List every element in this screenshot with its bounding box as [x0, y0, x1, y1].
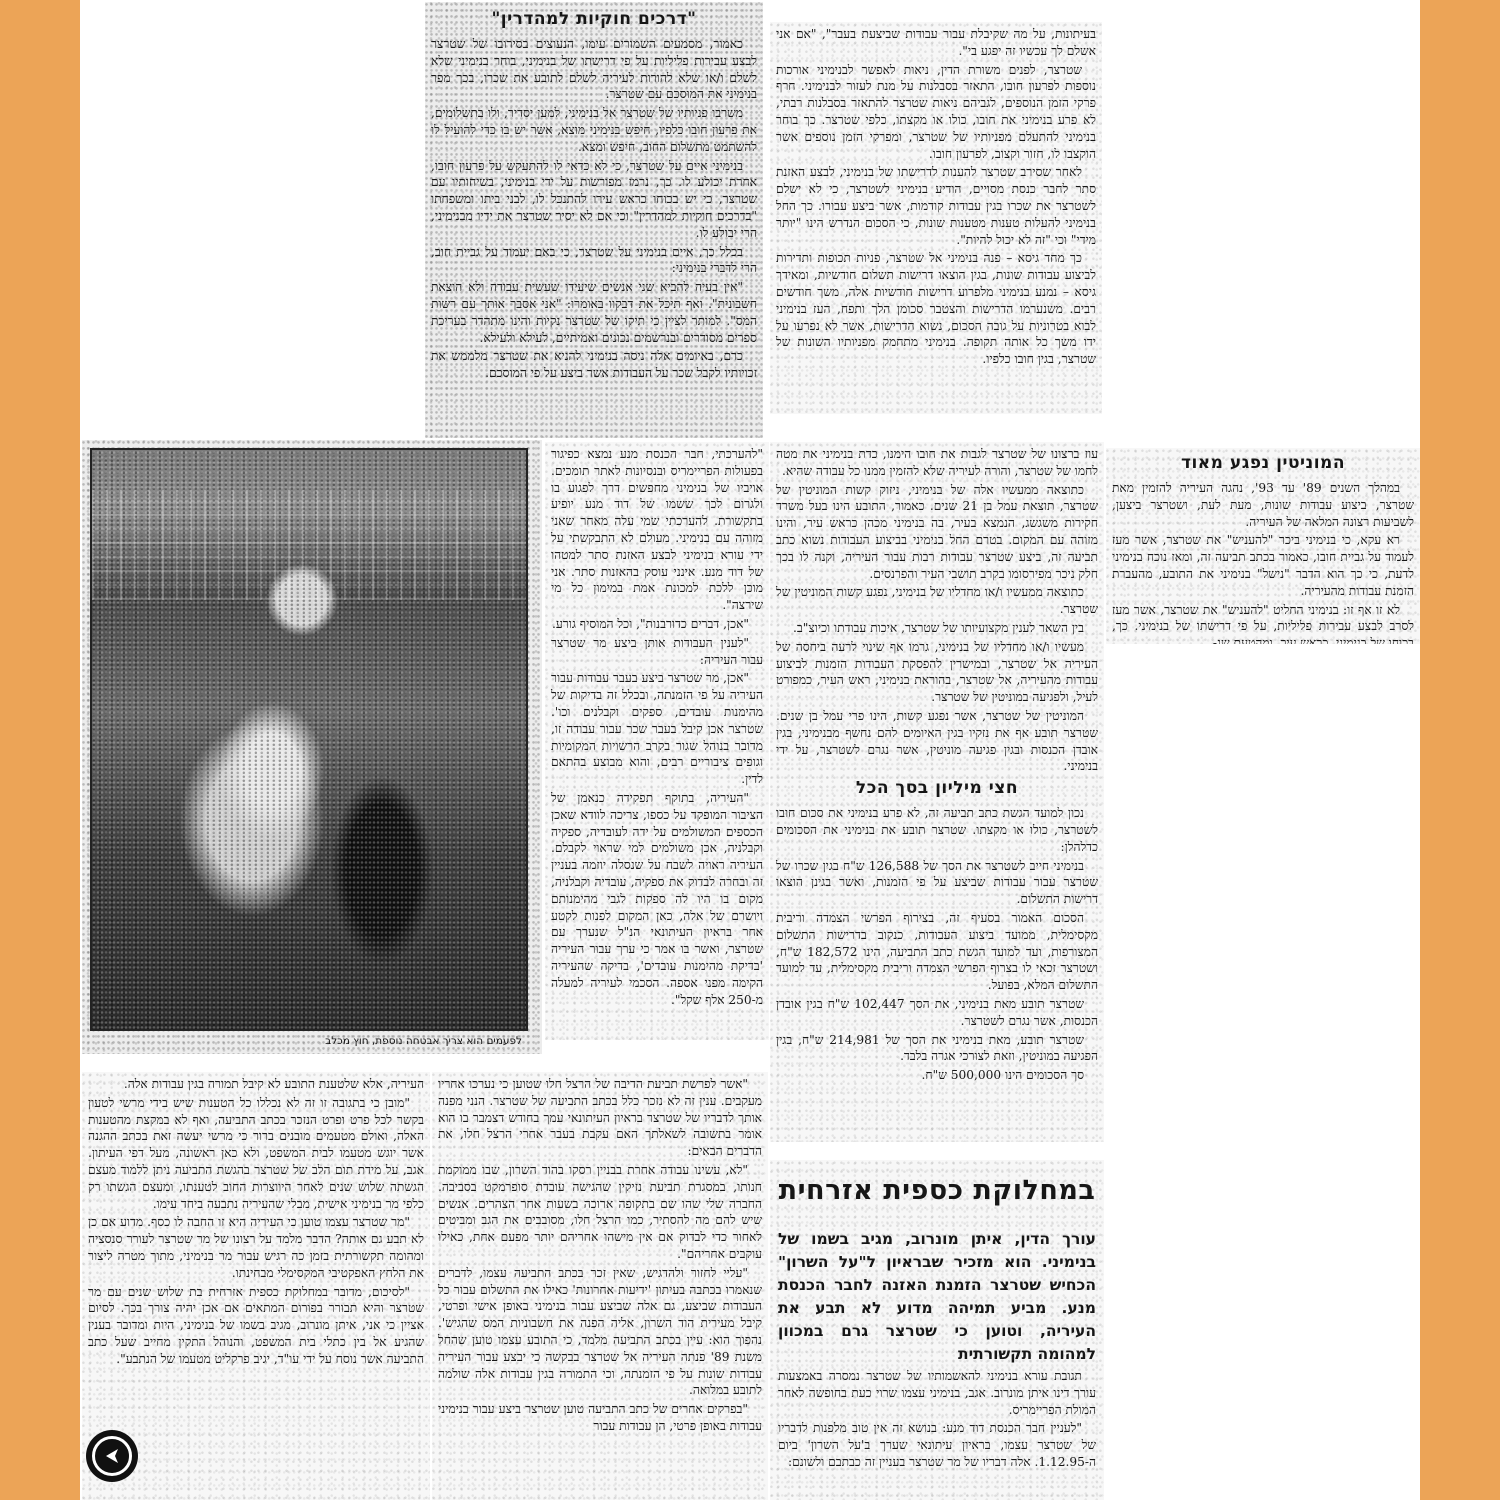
paragraph: לאחר שסירב שטרצר להענות לדרישתו של בנימי… [776, 164, 1096, 248]
paragraph: בין השאר לענין מקצועיותו של שטרצר, איכות… [776, 620, 1098, 637]
paragraph: משרבו פניותיו של שטרצר אל בנימיני, למען … [431, 105, 757, 155]
paragraph: בנימיני איים על שטרצר, כי לא כדאי לו להת… [431, 158, 757, 242]
paragraph: במהלך השנים 89' עד 93', נהגה העיריה להזמ… [1112, 480, 1414, 530]
paragraph: "אכן, דברים כדורבנות", וכל המוסיף גורע. [551, 616, 763, 633]
headline-legal-ways: "דרכים חוקיות למהדרין" [431, 8, 757, 30]
left-arrow-triangle-icon [102, 1446, 122, 1466]
paragraph: בכלל כך, איים בנימיני על שטרצר, כי באם י… [431, 244, 757, 278]
paragraph: סך הסכומים הינו 500,000 ש"ח. [776, 1067, 1098, 1084]
paragraph: "עליי לחזור ולהדגיש, שאין זכר בכתב התביע… [438, 1265, 762, 1399]
article-clip-bottom-middle: "אשר לפרשת תביעת הדיבה של הרצל חלו שטוען… [432, 1072, 768, 1500]
paragraph: "העיריה, בתוקף תפקידה כנאמן של הציבור המ… [551, 790, 763, 1008]
subhead-half-million: חצי מיליון בסך הכל [776, 777, 1098, 799]
paragraph: המוניטין של שטרצר, אשר נפגע קשות, הינו פ… [776, 708, 1098, 775]
back-button[interactable] [86, 1430, 138, 1482]
back-button-ring [92, 1436, 132, 1476]
paragraph: "לענין העבודות אותן ביצע מר שטרצר עבור ה… [551, 635, 763, 669]
paragraph: בנימיני חייב לשטרצר את הסך של 126,588 ש"… [776, 858, 1098, 908]
paragraph: "לסיכום, מדובר במחלוקת כספית אזרחית בת ש… [88, 1284, 424, 1368]
paragraph: כתוצאה ממעשיו אלה של בנימיני, ניזוק קשות… [776, 482, 1098, 583]
paragraph: "אין בעיה להביא שני אנשים שיעידו שעשית ע… [431, 279, 757, 346]
paragraph: "אשר לפרשת תביעת הדיבה של הרצל חלו שטוען… [438, 1076, 762, 1160]
article-clip-top-right: בעיתונות, על מה שקיבלת עבור עבודות שביצע… [770, 22, 1102, 414]
paragraph: "מובן כי בתגובה זו זה לא נכללו כל הטענות… [88, 1095, 424, 1213]
photo-grain [92, 450, 526, 1029]
paragraph: שטרצר, לפנים משורת הדין, ניאות לאפשר לבנ… [776, 62, 1096, 163]
headline-reputation-damaged: המוניטין נפגע מאוד [1112, 452, 1414, 474]
article-clip-bottom-left: העיריה, אלא שלטענת התובע לא קיבל תמורה ב… [82, 1072, 430, 1500]
paragraph: כאמור, מסמעים השמורים עימו, הנעוצים בסיר… [431, 36, 757, 103]
paragraph: עוז ברצונו של שטרצר לגבות את חובו הימנו,… [776, 446, 1098, 480]
paragraph: רא עקא, כי בנימיני ביכר "להעניש" את שטרצ… [1112, 532, 1414, 599]
paragraph: נכון למועד הגשת כתב תביעה זה, לא פרע בני… [776, 805, 1098, 855]
headline-civil-dispute: במחלוקת כספית אזרחית [778, 1174, 1096, 1208]
photo-caption: לפעמים הוא צריך אבטחה נוספת, חוץ מכלב [90, 1033, 528, 1049]
photo-man-with-dog [90, 448, 528, 1031]
paragraph: לא זו אף זו: בנימיני החליט "להעניש" את ש… [1112, 602, 1414, 644]
paragraph: תגובת עורא בנימיני להאשמותיו של שטרצר נמ… [778, 1368, 1096, 1418]
article-clip-far-right: המוניטין נפגע מאוד במהלך השנים 89' עד 93… [1106, 448, 1420, 644]
article-clip-right-column: עוז ברצונו של שטרצר לגבות את חובו הימנו,… [770, 442, 1104, 1142]
article-clip-top-middle: "דרכים חוקיות למהדרין" כאמור, מסמעים השמ… [425, 2, 763, 438]
paragraph: מעשיו ו/או מחדליו של בנימיני, גרמו אף שי… [776, 639, 1098, 706]
paragraph: "לעניין חבר הכנסת דוד מנע: בנושא זה אין … [778, 1420, 1096, 1470]
paragraph: "אכן, מר שטרצר ביצע בעבר עבודות עבור העי… [551, 670, 763, 788]
paragraph: כך מחד גיסא – פנה בנימיני אל שטרצר, פניו… [776, 250, 1096, 368]
paragraph: הסכום האמור בסעיף זה, בצירוף הפרשי הצמדה… [776, 910, 1098, 994]
paragraph: שטרצר תובע, מאת בנימיני את הסך של 214,98… [776, 1032, 1098, 1066]
paragraph: "להערכתי, חבר הכנסת מנע נמצא כפיגור בפעו… [551, 446, 763, 614]
paragraph: כרם, באיומים אלה ניסה בנימיני להניא את ש… [431, 348, 757, 382]
paragraph: כתוצאה ממעשיו ו/או מחדליו של בנימיני, נפ… [776, 584, 1098, 618]
paragraph: "בפרקים אחרים של כתב התביעה טוען שטרצר ב… [438, 1401, 762, 1435]
article-lead: עורך הדין, איתן מונרוב, מגיב בשמו של בני… [778, 1228, 1096, 1366]
article-clip-bottom-right: במחלוקת כספית אזרחית עורך הדין, איתן מונ… [770, 1160, 1104, 1500]
paragraph: העיריה, אלא שלטענת התובע לא קיבל תמורה ב… [88, 1076, 424, 1093]
paragraph: שטרצר תובע מאת בנימיני, את הסך 102,447 ש… [776, 996, 1098, 1030]
paragraph: "לא, עשינו עבודה אחרת בבניין רסקו בהוד ה… [438, 1162, 762, 1263]
paragraph: "מר שטרצר עצמו טוען כי העיריה היא זו החב… [88, 1214, 424, 1281]
paragraph: בעיתונות, על מה שקיבלת עבור עבודות שביצע… [776, 26, 1096, 60]
article-clip-middle-column: "להערכתי, חבר הכנסת מנע נמצא כפיגור בפעו… [545, 442, 769, 1040]
